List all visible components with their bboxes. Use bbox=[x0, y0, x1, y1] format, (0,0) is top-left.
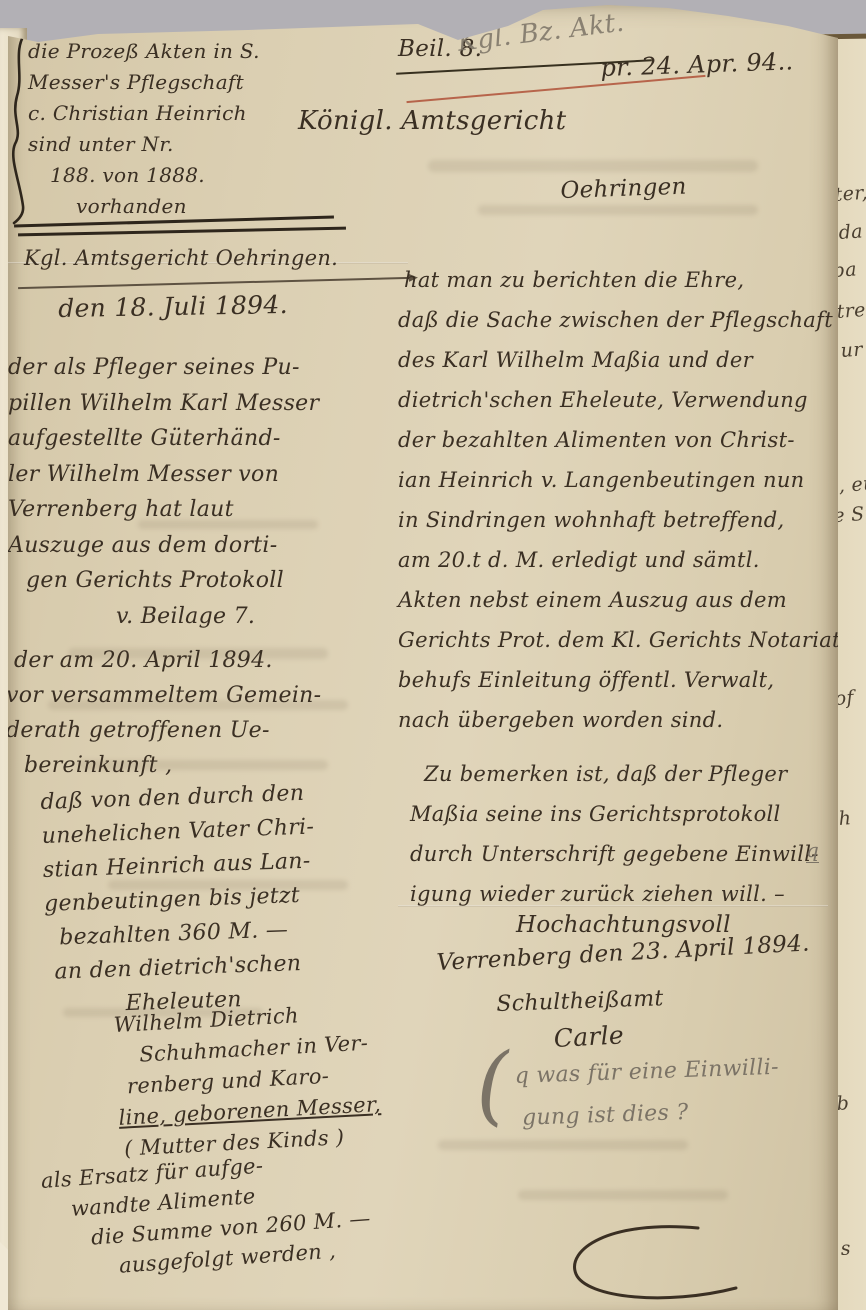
signature-name: Carle bbox=[553, 1020, 625, 1053]
ink-flourish bbox=[548, 1222, 738, 1310]
right-paragraph-1: hat man zu berichten die Ehre,daß die Sa… bbox=[398, 260, 848, 740]
handwritten-line: c. Christian Heinrich bbox=[28, 98, 260, 129]
margin-note-rule bbox=[18, 227, 346, 237]
left-paragraph-3: daß von den durch denunehelichen Vater C… bbox=[40, 776, 321, 1023]
pencil-marginal-question: q was für eine Einwilli-gung ist dies ? bbox=[514, 1047, 781, 1140]
salutation-underline-arrow bbox=[18, 277, 410, 289]
handwritten-line: gung ist dies ? bbox=[521, 1089, 781, 1140]
edge-text-fragment: tre bbox=[836, 299, 866, 323]
handwritten-line: aufgestellte Güterhänd- bbox=[8, 421, 319, 457]
handwritten-line: pillen Wilhelm Karl Messer bbox=[8, 386, 319, 422]
handwritten-line: des Karl Wilhelm Maßia und der bbox=[398, 340, 848, 380]
document-photo: ter, da ba tre ur A, eu ue Spf of h b s … bbox=[0, 0, 866, 1310]
handwritten-line: ler Wilhelm Messer von bbox=[8, 457, 319, 493]
edge-text-fragment: ur bbox=[840, 338, 863, 361]
handwritten-line: die Prozeß Akten in S. bbox=[28, 36, 260, 67]
handwritten-line: Auszuge aus dem dorti- bbox=[8, 528, 319, 564]
left-paragraph-2: der am 20. April 1894.vor versammeltem G… bbox=[6, 643, 321, 783]
closing-formula: Hochachtungsvoll bbox=[516, 912, 731, 938]
margin-note: die Prozeß Akten in S.Messer's Pflegscha… bbox=[28, 36, 260, 222]
letter-page: die Prozeß Akten in S.Messer's Pflegscha… bbox=[8, 0, 838, 1310]
handwritten-line: am 20.t d. M. erledigt und sämtl. bbox=[398, 540, 848, 580]
received-date: pr. 24. Apr. 94.. bbox=[600, 47, 794, 82]
handwritten-line: gen Gerichts Protokoll bbox=[26, 563, 319, 599]
handwritten-line: ian Heinrich v. Langenbeutingen nun bbox=[398, 460, 848, 500]
bleed-through-mark bbox=[518, 1190, 728, 1200]
recipient-place: Oehringen bbox=[560, 174, 687, 204]
handwritten-line: 188. von 1888. bbox=[50, 160, 260, 191]
edge-text-fragment: ter, bbox=[834, 182, 866, 206]
handwritten-line: in Sindringen wohnhaft betreffend, bbox=[398, 500, 848, 540]
handwritten-line: durch Unterschrift gegebene Einwill- bbox=[410, 834, 819, 874]
letter-date: den 18. Juli 1894. bbox=[58, 290, 288, 323]
handwritten-line: daß die Sache zwischen der Pflegschaft bbox=[398, 300, 848, 340]
pencil-mark-q: q bbox=[806, 838, 819, 863]
pencil-parenthesis: ( bbox=[474, 1035, 511, 1136]
handwritten-line: Akten nebst einem Auszug aus dem bbox=[398, 580, 848, 620]
right-paragraph-2: Zu bemerken ist, daß der PflegerMaßia se… bbox=[410, 754, 819, 914]
handwritten-line: Zu bemerken ist, daß der Pfleger bbox=[424, 754, 819, 794]
bleed-through-mark bbox=[428, 160, 758, 172]
salutation-line: Kgl. Amtsgericht Oehringen. bbox=[24, 246, 338, 270]
edge-text-fragment: s bbox=[840, 1237, 852, 1260]
bleed-through-mark bbox=[478, 205, 758, 215]
handwritten-line: der am 20. April 1894. bbox=[14, 643, 321, 678]
handwritten-line: igung wieder zurück ziehen will. – bbox=[410, 874, 819, 914]
left-paragraph-1: der als Pfleger seines Pu-pillen Wilhelm… bbox=[8, 350, 319, 634]
edge-text-fragment: b bbox=[836, 1092, 850, 1115]
signature-office: Schultheißamt bbox=[496, 986, 664, 1017]
handwritten-line: v. Beilage 7. bbox=[116, 599, 319, 635]
edge-text-fragment: h bbox=[838, 807, 852, 830]
handwritten-line: Gerichts Prot. dem Kl. Gerichts Notariat… bbox=[398, 620, 848, 660]
edge-text-fragment: da bbox=[838, 220, 864, 244]
handwritten-line: vorhanden bbox=[76, 191, 260, 222]
left-paragraph-5: als Ersatz für aufge-wandte Alimentedie … bbox=[40, 1143, 374, 1285]
handwritten-line: vor versammeltem Gemein- bbox=[6, 678, 321, 713]
handwritten-line: hat man zu berichten die Ehre, bbox=[404, 260, 848, 300]
handwritten-line: sind unter Nr. bbox=[28, 129, 260, 160]
handwritten-line: nach übergeben worden sind. bbox=[398, 700, 848, 740]
handwritten-line: der bezahlten Alimenten von Christ- bbox=[398, 420, 848, 460]
handwritten-line: Verrenberg hat laut bbox=[8, 492, 319, 528]
left-paragraph-4: Wilhelm DietrichSchuhmacher in Ver-renbe… bbox=[113, 996, 383, 1165]
handwritten-line: der als Pfleger seines Pu- bbox=[8, 350, 319, 386]
recipient-court: Königl. Amtsgericht bbox=[298, 106, 566, 136]
handwritten-line: dietrich'schen Eheleute, Verwendung bbox=[398, 380, 848, 420]
bleed-through-mark bbox=[438, 1140, 688, 1150]
pencil-overwrite: Kgl. Bz. Akt. bbox=[456, 8, 626, 58]
handwritten-line: Maßia seine ins Gerichtsprotokoll bbox=[410, 794, 819, 834]
handwritten-line: behufs Einleitung öffentl. Verwalt, bbox=[398, 660, 848, 700]
handwritten-line: Messer's Pflegschaft bbox=[28, 67, 260, 98]
handwritten-line: derath getroffenen Ue- bbox=[6, 713, 321, 748]
